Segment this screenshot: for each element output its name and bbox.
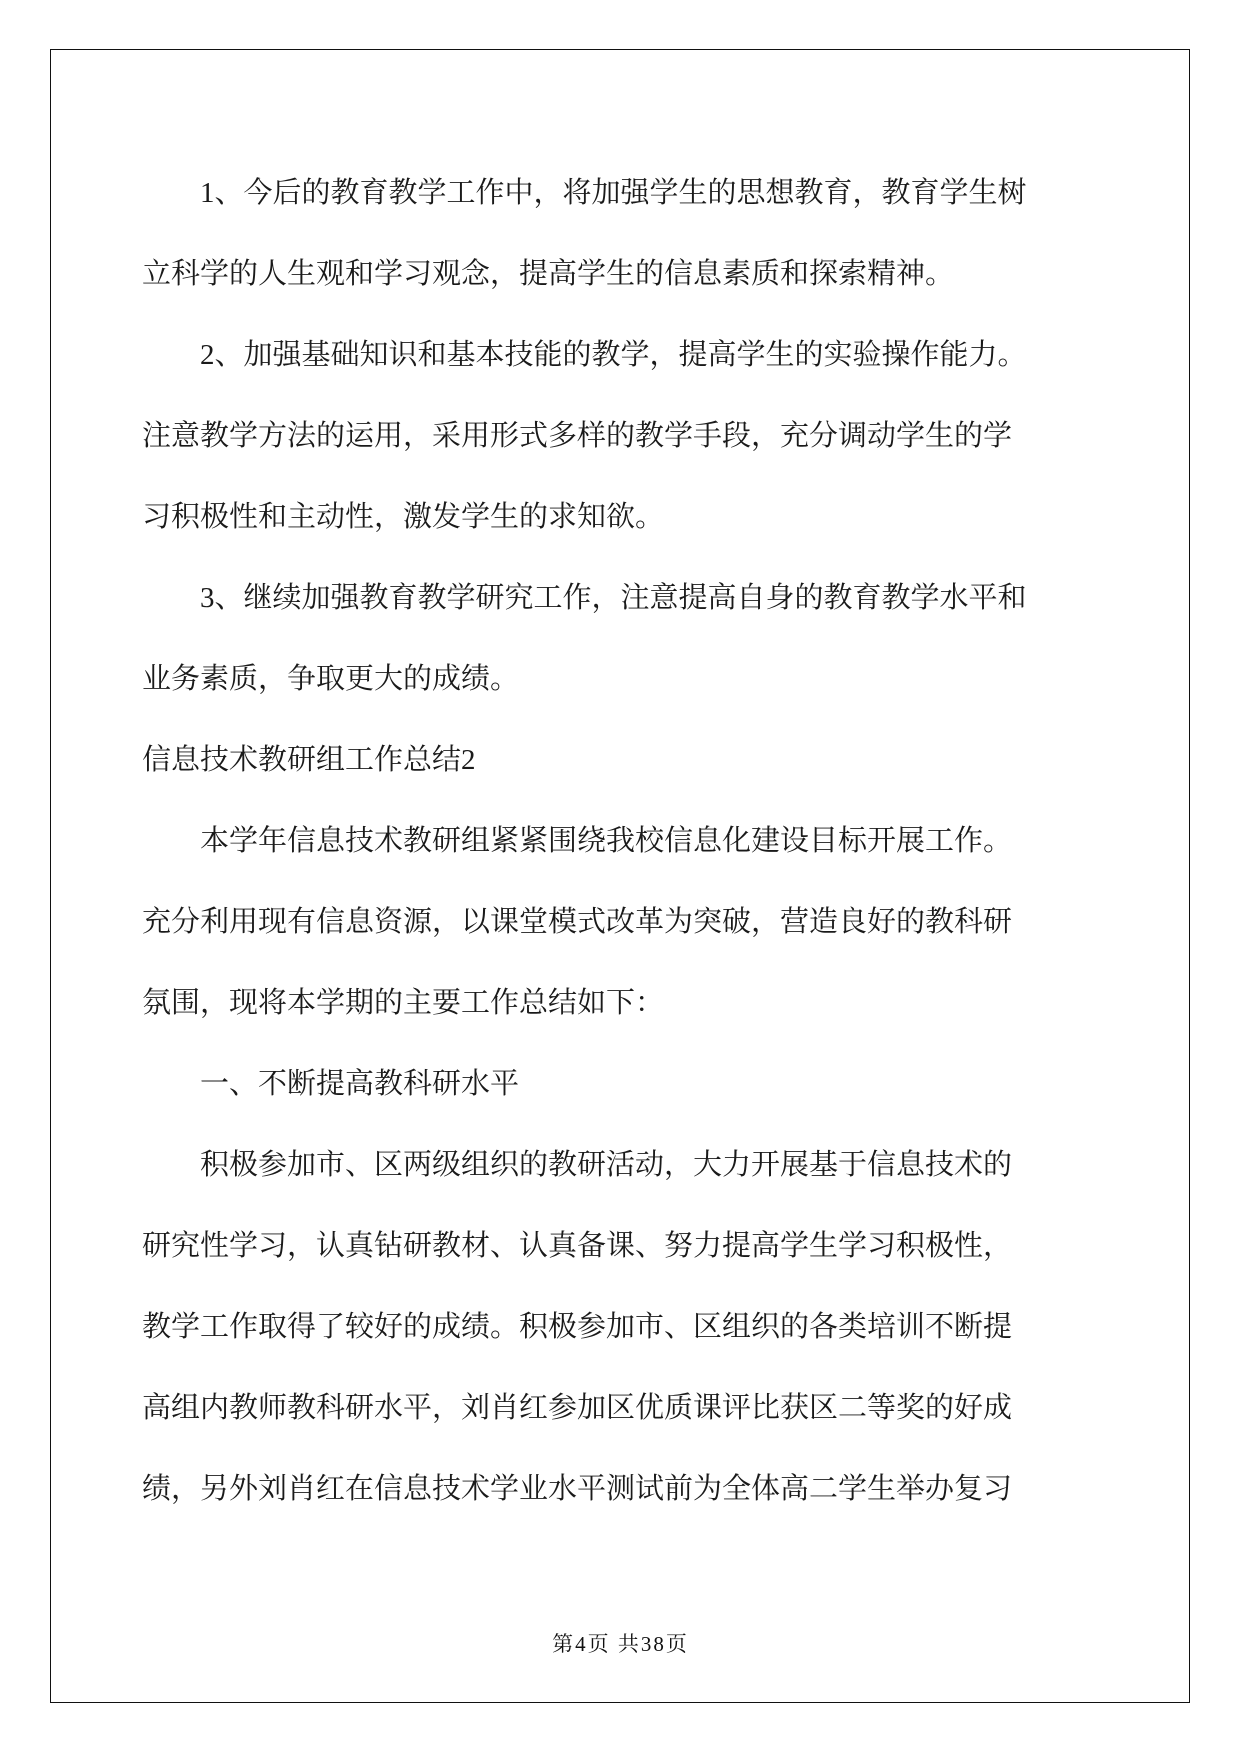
text-line: 业务素质，争取更大的成绩。 (142, 636, 1022, 717)
text-line: 习积极性和主动性，激发学生的求知欲。 (142, 474, 1022, 555)
text-line: 立科学的人生观和学习观念，提高学生的信息素质和探索精神。 (142, 231, 1022, 312)
text-line: 充分利用现有信息资源，以课堂模式改革为突破，营造良好的教科研 (142, 879, 1022, 960)
text-line: 高组内教师教科研水平，刘肖红参加区优质课评比获区二等奖的好成 (142, 1365, 1022, 1446)
section-heading: 信息技术教研组工作总结2 (142, 717, 1022, 798)
text-line: 绩，另外刘肖红在信息技术学业水平测试前为全体高二学生举办复习 (142, 1446, 1022, 1527)
text-line: 本学年信息技术教研组紧紧围绕我校信息化建设目标开展工作。 (142, 798, 1022, 879)
text-line: 1、今后的教育教学工作中，将加强学生的思想教育，教育学生树 (142, 150, 1022, 231)
text-line: 氛围，现将本学期的主要工作总结如下： (142, 960, 1022, 1041)
text-line: 教学工作取得了较好的成绩。积极参加市、区组织的各类培训不断提 (142, 1284, 1022, 1365)
page-footer: 第4页 共38页 (0, 1628, 1241, 1658)
document-body: 1、今后的教育教学工作中，将加强学生的思想教育，教育学生树立科学的人生观和学习观… (142, 150, 1022, 1527)
text-line: 积极参加市、区两级组织的教研活动，大力开展基于信息技术的 (142, 1122, 1022, 1203)
text-line: 3、继续加强教育教学研究工作，注意提高自身的教育教学水平和 (142, 555, 1022, 636)
text-line: 注意教学方法的运用，采用形式多样的教学手段，充分调动学生的学 (142, 393, 1022, 474)
text-line: 研究性学习，认真钻研教材、认真备课、努力提高学生学习积极性， (142, 1203, 1022, 1284)
document-page: 1、今后的教育教学工作中，将加强学生的思想教育，教育学生树立科学的人生观和学习观… (0, 0, 1241, 1754)
text-line: 一、不断提高教科研水平 (142, 1041, 1022, 1122)
page-number-label: 第4页 共38页 (552, 1632, 689, 1656)
text-line: 2、加强基础知识和基本技能的教学，提高学生的实验操作能力。 (142, 312, 1022, 393)
